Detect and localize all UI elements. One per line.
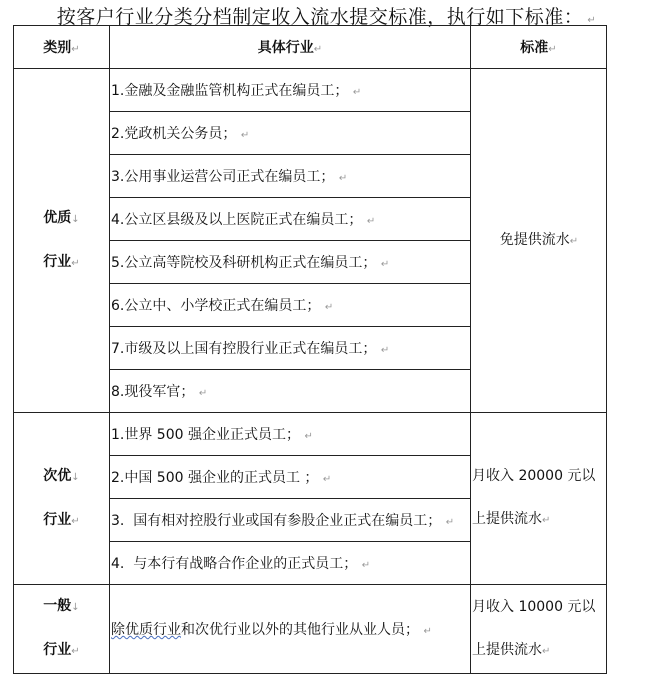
spellcheck-underline: 除优质行业 xyxy=(111,622,181,638)
income-standard-table: 类别↵ 具体行业↵ 标准↵ 优质↓ 行业↵ 1.金融及金融监管机构正式在编员工；… xyxy=(13,25,607,674)
industry-item: 3. 国有相对控股行业或国有参股企业正式在编员工； ↵ xyxy=(110,499,471,542)
industry-item: 2.党政机关公务员； ↵ xyxy=(110,112,471,155)
standard-secondary: 月收入 20000 元以 上提供流水↵ xyxy=(471,413,607,585)
industry-item: 4. 与本行有战略合作企业的正式员工； ↵ xyxy=(110,542,471,585)
industry-item: 7.市级及以上国有控股行业正式在编员工； ↵ xyxy=(110,327,471,370)
industry-item: 1.世界 500 强企业正式员工； ↵ xyxy=(110,413,471,456)
header-standard: 标准↵ xyxy=(471,26,607,69)
table-header-row: 类别↵ 具体行业↵ 标准↵ xyxy=(14,26,607,69)
category-premium: 优质↓ 行业↵ xyxy=(14,69,110,413)
category-general: 一般↓ 行业↵ xyxy=(14,585,110,674)
industry-item: 3.公用事业运营公司正式在编员工； ↵ xyxy=(110,155,471,198)
category-secondary: 次优↓ 行业↵ xyxy=(14,413,110,585)
industry-item: 4.公立区县级及以上医院正式在编员工； ↵ xyxy=(110,198,471,241)
table-row: 次优↓ 行业↵ 1.世界 500 强企业正式员工； ↵ 月收入 20000 元以… xyxy=(14,413,607,456)
table-row: 优质↓ 行业↵ 1.金融及金融监管机构正式在编员工； ↵ 免提供流水↵ xyxy=(14,69,607,112)
industry-item: 6.公立中、小学校正式在编员工； ↵ xyxy=(110,284,471,327)
industry-item: 8.现役军官； ↵ xyxy=(110,370,471,413)
industry-item: 1.金融及金融监管机构正式在编员工； ↵ xyxy=(110,69,471,112)
table-row: 一般↓ 行业↵ 除优质行业和次优行业以外的其他行业从业人员； ↵ 月收入 100… xyxy=(14,585,607,674)
standard-premium: 免提供流水↵ xyxy=(471,69,607,413)
industry-item: 除优质行业和次优行业以外的其他行业从业人员； ↵ xyxy=(110,585,471,674)
header-industry: 具体行业↵ xyxy=(110,26,471,69)
industry-item: 2.中国 500 强企业的正式员工 ； ↵ xyxy=(110,456,471,499)
header-category: 类别↵ xyxy=(14,26,110,69)
standard-general: 月收入 10000 元以 上提供流水↵ xyxy=(471,585,607,674)
industry-item: 5.公立高等院校及科研机构正式在编员工； ↵ xyxy=(110,241,471,284)
